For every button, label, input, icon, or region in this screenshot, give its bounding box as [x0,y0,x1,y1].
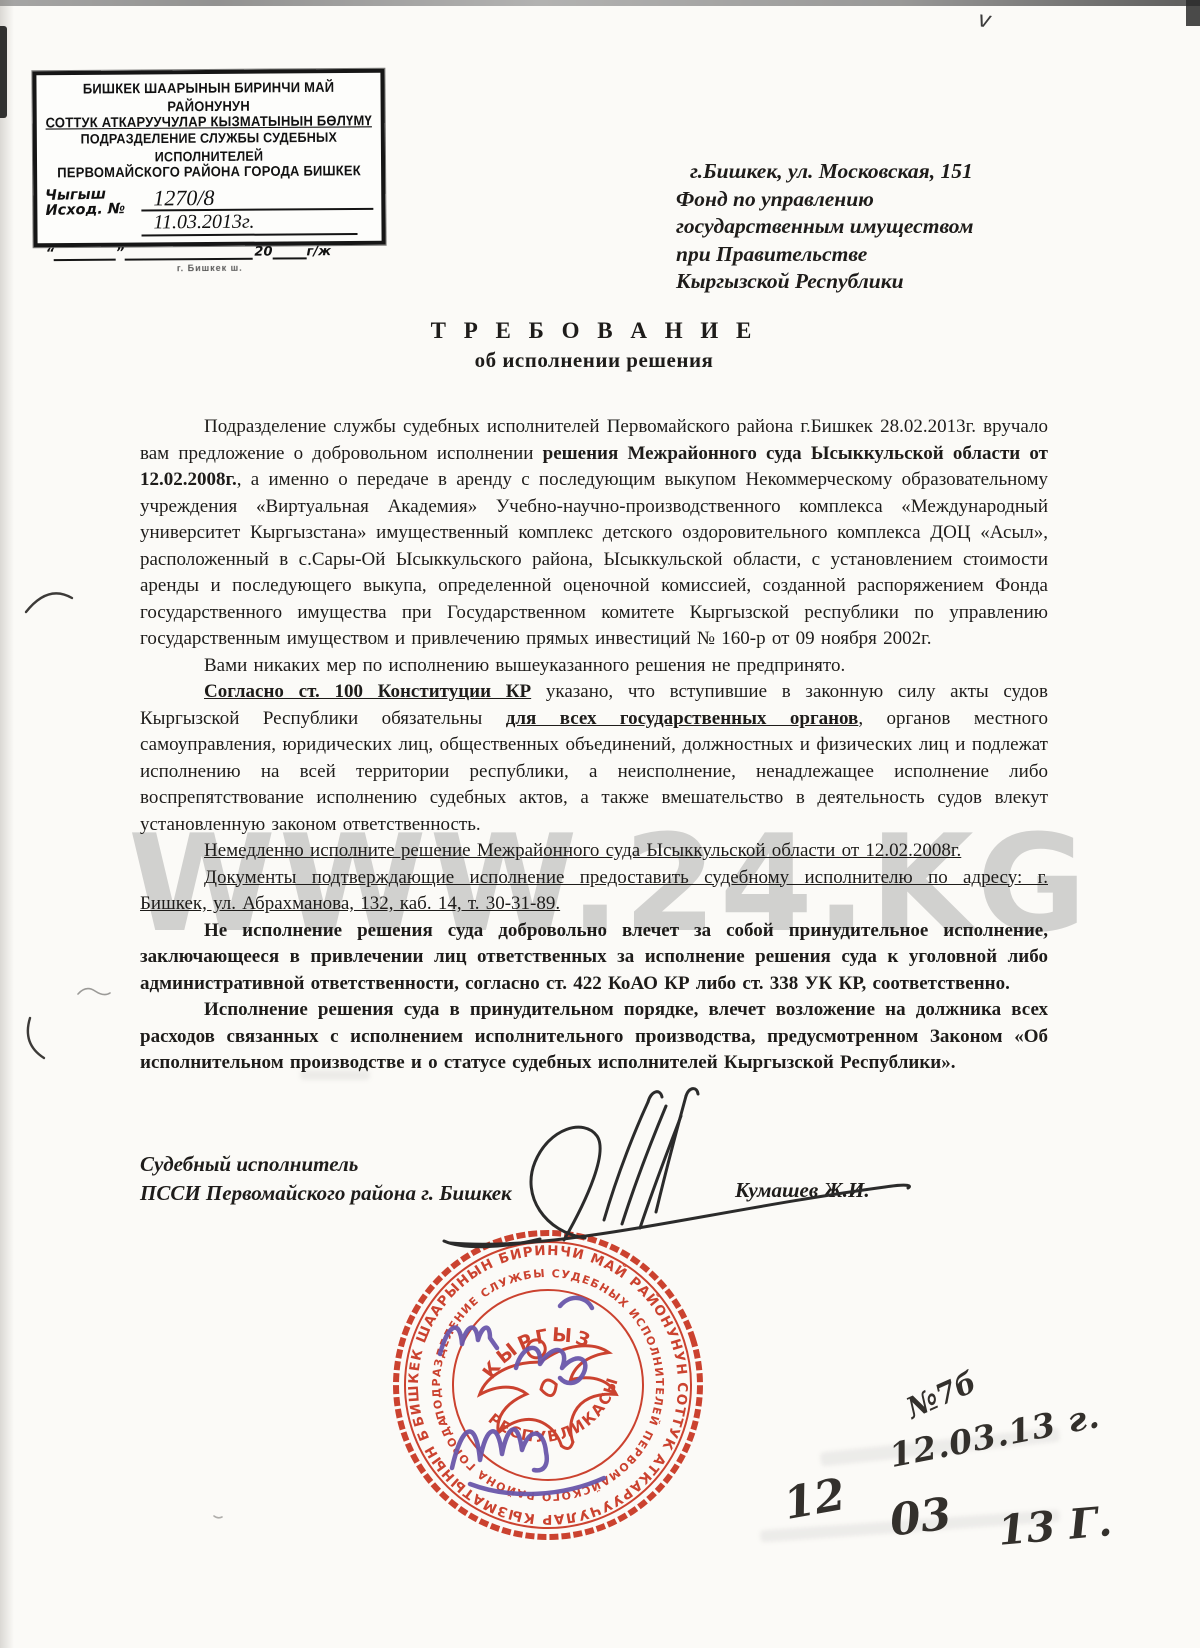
text-run: Исполнение решения суда в принудительном… [140,999,1048,1073]
text-run: Документы подтверждающие исполнение пред… [140,867,1048,915]
text-run: Вами никаких мер по исполнению вышеуказа… [204,655,845,676]
signatory-position-block: Судебный исполнитель ПССИ Первомайского … [140,1150,512,1208]
scan-artifact-corner-mark [1186,0,1200,26]
paragraph: Немедленно исполните решение Межрайонног… [140,838,1048,865]
handwritten-date-month: 03 [887,1488,954,1546]
stamp-outgoing-date: 11.03.2013г. [141,210,357,237]
seal-outer-ring [378,1215,718,1555]
document-title-block: Т Р Е Б О В А Н И Е об исполнении решени… [140,318,1048,373]
seal-outer-perforated-ring [378,1215,718,1555]
text-run: , а именно о передаче в аренду с последу… [140,469,1048,649]
stamp-org-line-ru-1: ПОДРАЗДЕЛЕНИЕ СЛУЖБЫ СУДЕБНЫХ ИСПОЛНИТЕЛ… [45,128,373,166]
official-round-seal: БИШКЕК ШААРЫНЫН БИРИНЧИ МАЙ РАЙОНУНУН СО… [378,1215,718,1555]
handwritten-date-year: 13 Г. [996,1497,1114,1555]
paragraph: Не исполнение решения суда добровольно в… [140,918,1048,998]
document-body: Подразделение службы судебных исполнител… [140,414,1048,1077]
text-run: Немедленно исполните решение Межрайонног… [204,840,961,861]
signatory-name: Кумашев Ж.И. [735,1178,870,1203]
paragraph: Исполнение решения суда в принудительном… [140,997,1048,1077]
recipient-line: при Правительстве [676,241,973,269]
seal-inner-ring [428,1265,667,1504]
text-run: Не исполнение решения суда добровольно в… [140,920,1048,994]
paragraph: Подразделение службы судебных исполнител… [140,414,1048,653]
recipient-line: г.Бишкек, ул. Московская, 151 [676,158,973,186]
text-run: Согласно ст. 100 Конституции КР [204,681,531,702]
paragraph: Согласно ст. 100 Конституции КР указано,… [140,679,1048,838]
recipient-line: Кыргызской Республики [676,268,973,296]
paragraph: Вами никаких мер по исполнению вышеуказа… [140,653,1048,680]
recipient-line: Фонд по управлению [676,186,973,214]
signatory-position-line: ПССИ Первомайского района г. Бишкек [140,1179,512,1208]
scan-artifact-top-edge [0,0,1200,6]
document-subtitle: об исполнении решения [140,348,1048,373]
recipient-address-block: г.Бишкек, ул. Московская, 151 Фонд по уп… [676,158,973,296]
stamp-year-suffix: г/ж [306,244,331,259]
recipient-line: государственным имуществом [676,213,973,241]
document-title: Т Р Е Б О В А Н И Е [140,318,1048,344]
stamp-blank-date-row: “ ” 20 г/ж [46,244,374,261]
stamp-blank-line [124,245,252,261]
seal-outer-ring-text: БИШКЕК ШААРЫНЫН БИРИНЧИ МАЙ РАЙОНУНУН СО… [378,1215,718,1555]
stamp-outgoing-values: 1270/8 11.03.2013г. [141,186,373,237]
handwritten-date-day: 12 [780,1469,849,1530]
stamp-org-line-ky-1: БИШКЕК ШААРЫНЫН БИРИНЧИ МАЙ РАЙОНУНУН [44,79,372,117]
stamp-blank-line [54,246,116,261]
seal-center-bottom-text: РЕСПУБЛИКАСЫ [482,1370,636,1465]
stamp-city-line: г. Бишкек ш. [46,262,374,274]
seal-center-top-text: КЫРГЫЗ [471,1309,601,1386]
stamp-org-line-ru-2: ПЕРВОМАЙСКОГО РАЙОНА ГОРОДА БИШКЕК [45,162,373,182]
stamp-quote-open: “ [46,246,54,261]
stamp-year-prefix: 20 [254,245,272,260]
handwritten-note-number: №7б [901,1365,981,1426]
stamp-blank-line [272,244,306,259]
seal-inner-ring-text: ПОДРАЗДЕЛЕНИЕ СЛУЖБЫ СУДЕБНЫХ ИСПОЛНИТЕЛ… [378,1215,697,1552]
stamp-outgoing-label-ru: Исход. № [45,202,141,219]
scan-artifact-left-vignette [0,0,14,1648]
stamp-outgoing-row: Чыгыш Исход. № 1270/8 11.03.2013г. [45,186,373,237]
scanned-document-page: v WWW.24.KG БИШКЕК ШААРЫНЫН БИРИНЧИ МАЙ … [0,0,1200,1648]
paragraph: Документы подтверждающие исполнение пред… [140,865,1048,918]
registration-stamp-box: БИШКЕК ШААРЫНЫН БИРИНЧИ МАЙ РАЙОНУНУН СО… [32,69,385,247]
signatory-position-line: Судебный исполнитель [140,1150,512,1179]
stamp-outgoing-number: 1270/8 [141,186,373,212]
stamp-outgoing-labels: Чыгыш Исход. № [45,187,142,219]
text-run: для всех государственных органов [506,708,859,729]
stamp-quote-close: ” [116,246,124,261]
handwritten-check-mark: v [976,7,992,34]
scan-artifact-left-sliver [0,26,7,118]
